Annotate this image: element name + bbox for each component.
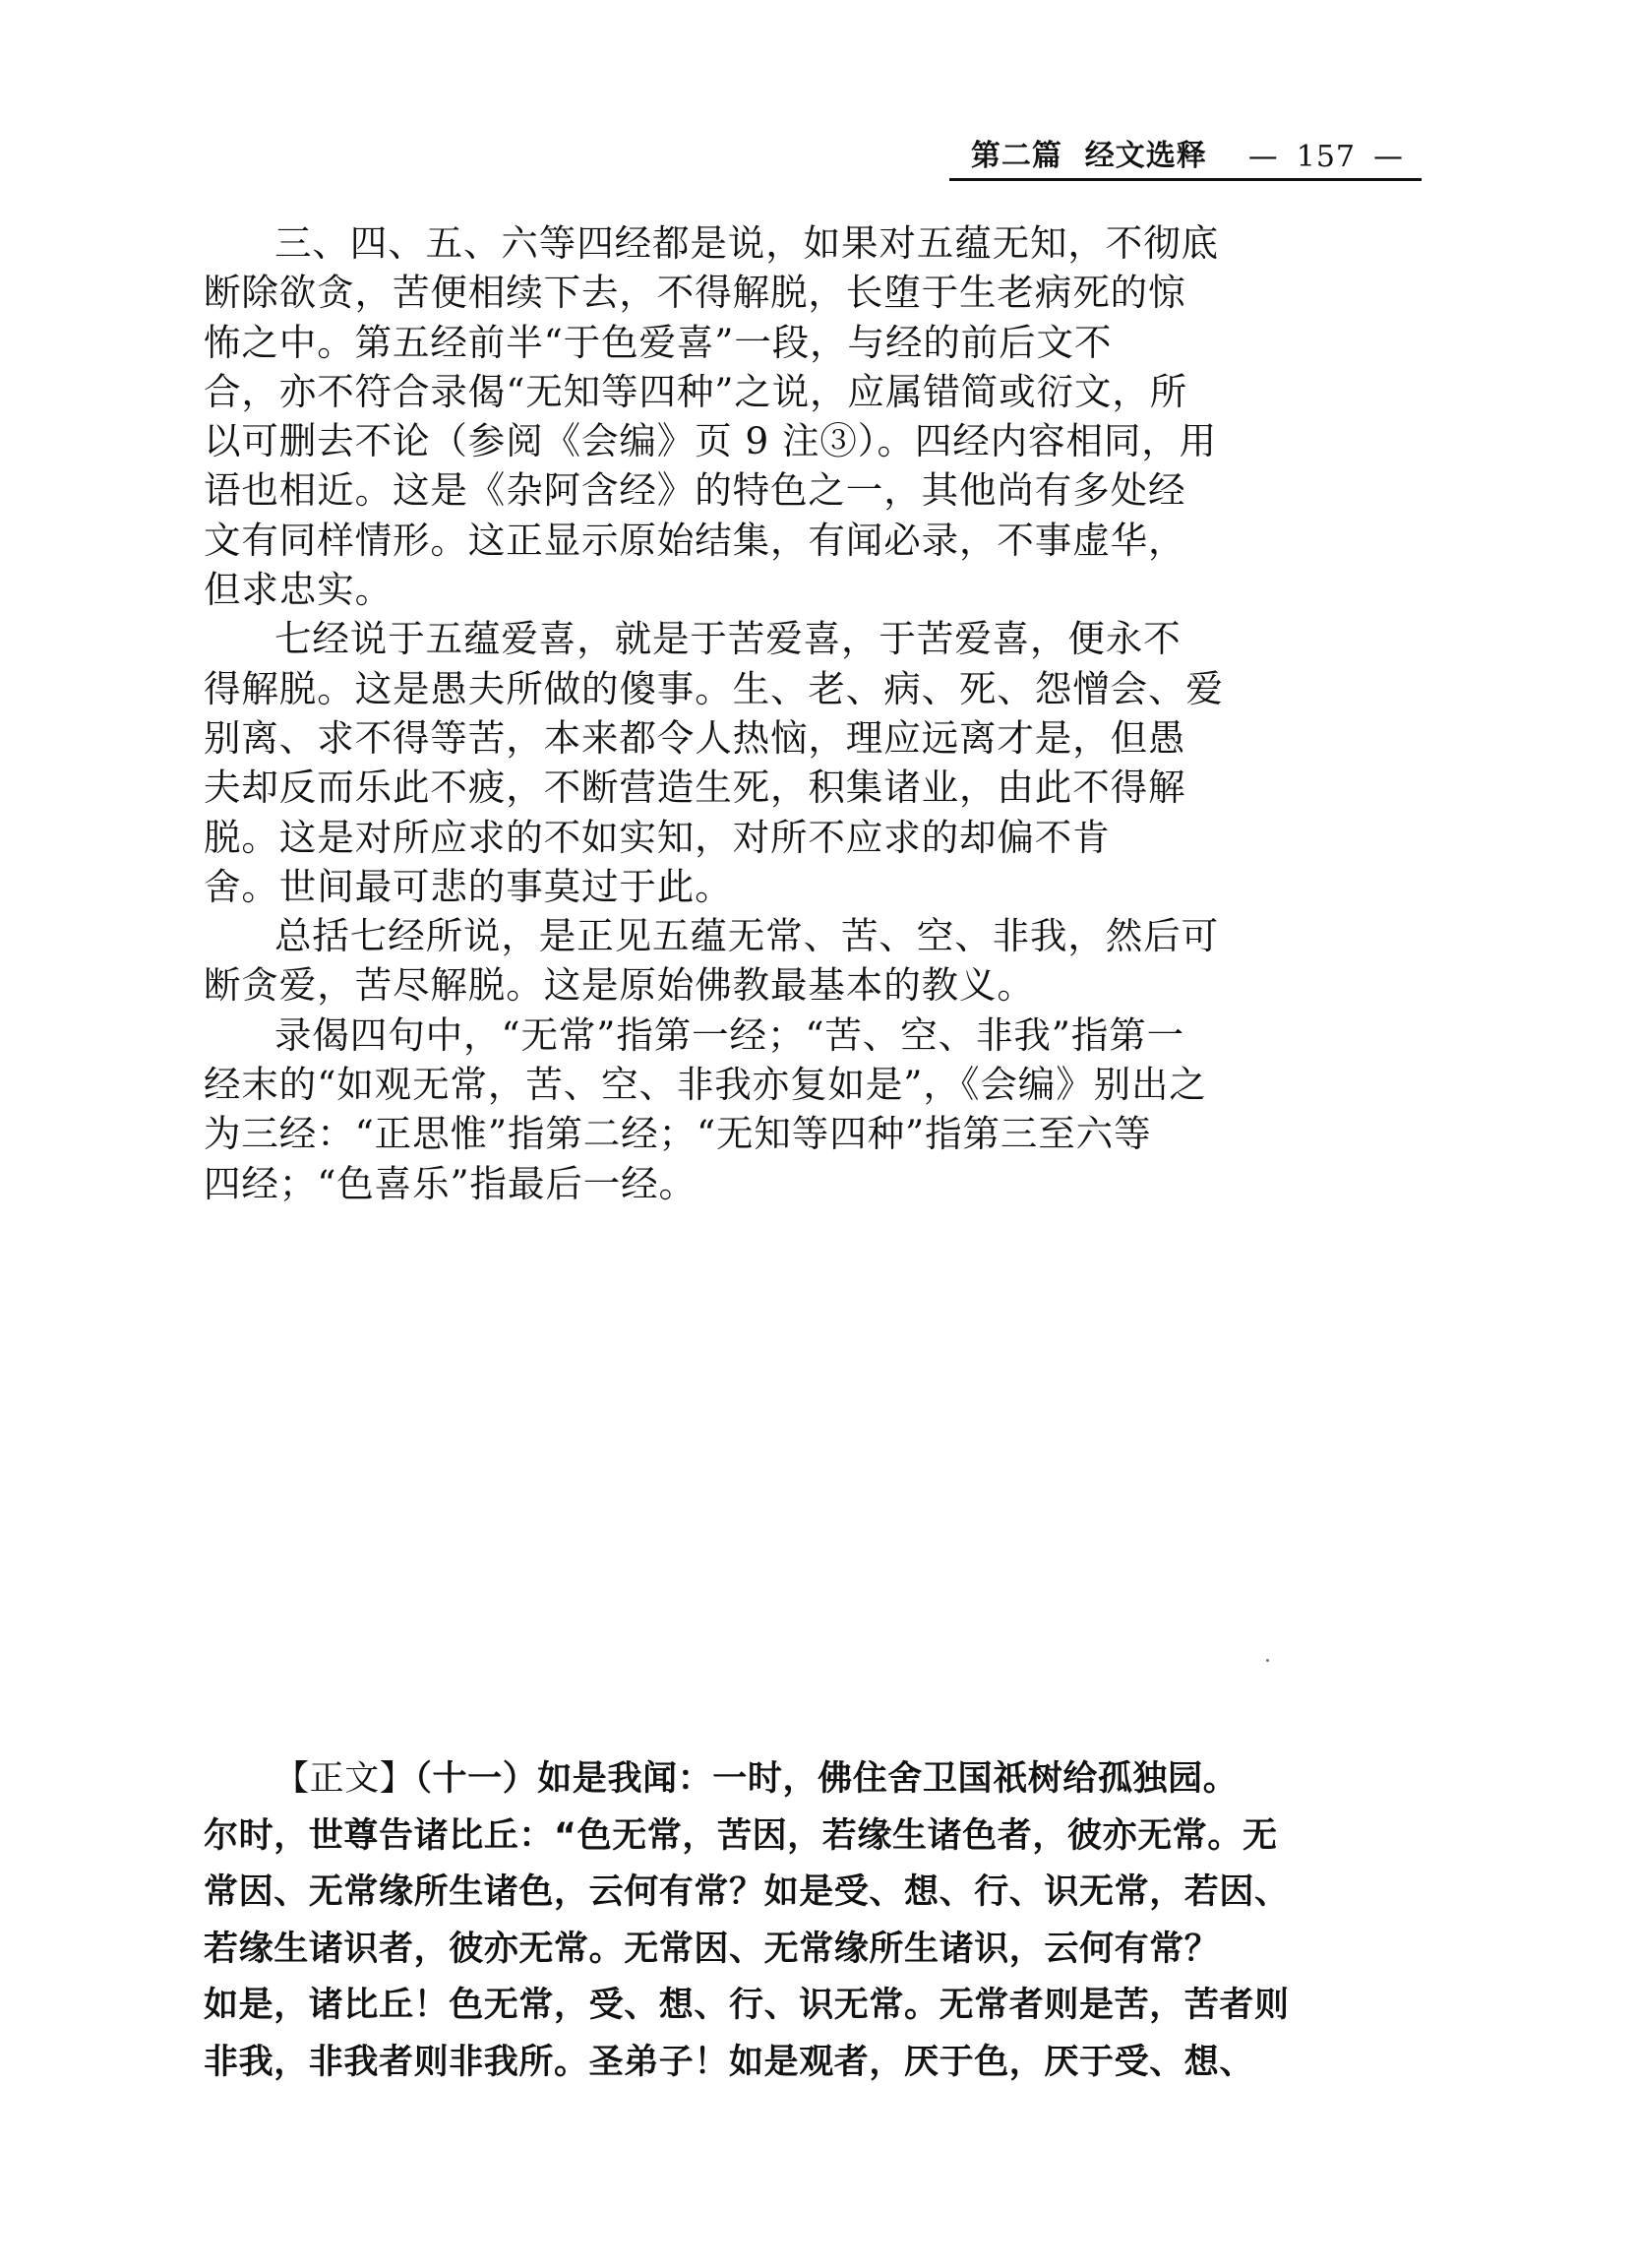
text-line: 断除欲贪，苦便相续下去，不得解脱，长堕于生老病死的惊	[204, 268, 1416, 317]
text-line: 四经；“色喜乐”指最后一经。	[204, 1159, 1416, 1208]
running-header: 第二篇 经文选释—157—	[949, 134, 1422, 181]
text-line: 以可删去不论（参阅《会编》页 9 注③）。四经内容相同，用	[204, 416, 1416, 465]
text-line: 录偈四句中，“无常”指第一经；“苦、空、非我”指第一	[204, 1011, 1416, 1060]
text-line: 常因、无常缘所生诸色，云何有常？如是受、想、行、识无常，若因、	[204, 1865, 1424, 1922]
text-line: 总括七经所说，是正见五蕴无常、苦、空、非我，然后可	[204, 911, 1416, 960]
section-title: 经文选释	[1085, 131, 1207, 174]
text-line: 如是，诸比丘！色无常，受、想、行、识无常。无常者则是苦，苦者则	[204, 1978, 1424, 2035]
text-line: 断贪爱，苦尽解脱。这是原始佛教最基本的教义。	[204, 960, 1416, 1010]
text-line: 【正文】（十一）如是我闻：一时，佛住舍卫国祇树给孤独园。	[204, 1751, 1424, 1808]
part-title: 第二篇	[971, 131, 1062, 174]
text-line: 若缘生诸识者，彼亦无常。无常因、无常缘所生诸识，云何有常？	[204, 1922, 1424, 1979]
text-line: 得解脱。这是愚夫所做的傻事。生、老、病、死、怨憎会、爱	[204, 664, 1416, 713]
commentary-body: 三、四、五、六等四经都是说，如果对五蕴无知，不彻底 断除欲贪，苦便相续下去，不得…	[204, 218, 1416, 1208]
text-line: 尔时，世尊告诸比丘：“色无常，苦因，若缘生诸色者，彼亦无常。无	[204, 1808, 1424, 1866]
text-line: 文有同样情形。这正显示原始结集，有闻必录，不事虚华，	[204, 516, 1416, 565]
text-line: 非我，非我者则非我所。圣弟子！如是观者，厌于色，厌于受、想、	[204, 2035, 1424, 2092]
page-number: 157	[1297, 140, 1356, 174]
sutra-main-text: 【正文】（十一）如是我闻：一时，佛住舍卫国祇树给孤独园。 尔时，世尊告诸比丘：“…	[204, 1751, 1424, 2091]
dash-right: —	[1373, 140, 1404, 174]
text-line: 脱。这是对所应求的不如实知，对所不应求的却偏不肯	[204, 813, 1416, 862]
text-line: 为三经：“正思惟”指第二经；“无知等四种”指第三至六等	[204, 1109, 1416, 1158]
text-line: 七经说于五蕴爱喜，就是于苦爱喜，于苦爱喜，便永不	[204, 614, 1416, 663]
text-line: 语也相近。这是《杂阿含经》的特色之一，其他尚有多处经	[204, 465, 1416, 515]
main-text-label: 【正文】	[274, 1759, 414, 1799]
scan-speck	[1266, 1659, 1269, 1662]
text-line: 怖之中。第五经前半“于色爱喜”一段，与经的前后文不	[204, 318, 1416, 367]
text-line: 但求忠实。	[204, 565, 1416, 614]
text-line: 经末的“如观无常，苦、空、非我亦复如是”，《会编》别出之	[204, 1060, 1416, 1109]
text-line: 三、四、五、六等四经都是说，如果对五蕴无知，不彻底	[204, 218, 1416, 268]
dash-left: —	[1248, 140, 1279, 174]
text-span: （十一）如是我闻：一时，佛住舍卫国祇树给孤独园。	[414, 1759, 1238, 1799]
text-line: 合，亦不符合录偈“无知等四种”之说，应属错简或衍文，所	[204, 367, 1416, 416]
text-line: 舍。世间最可悲的事莫过于此。	[204, 862, 1416, 911]
text-line: 别离、求不得等苦，本来都令人热恼，理应远离才是，但愚	[204, 713, 1416, 763]
text-line: 夫却反而乐此不疲，不断营造生死，积集诸业，由此不得解	[204, 763, 1416, 812]
